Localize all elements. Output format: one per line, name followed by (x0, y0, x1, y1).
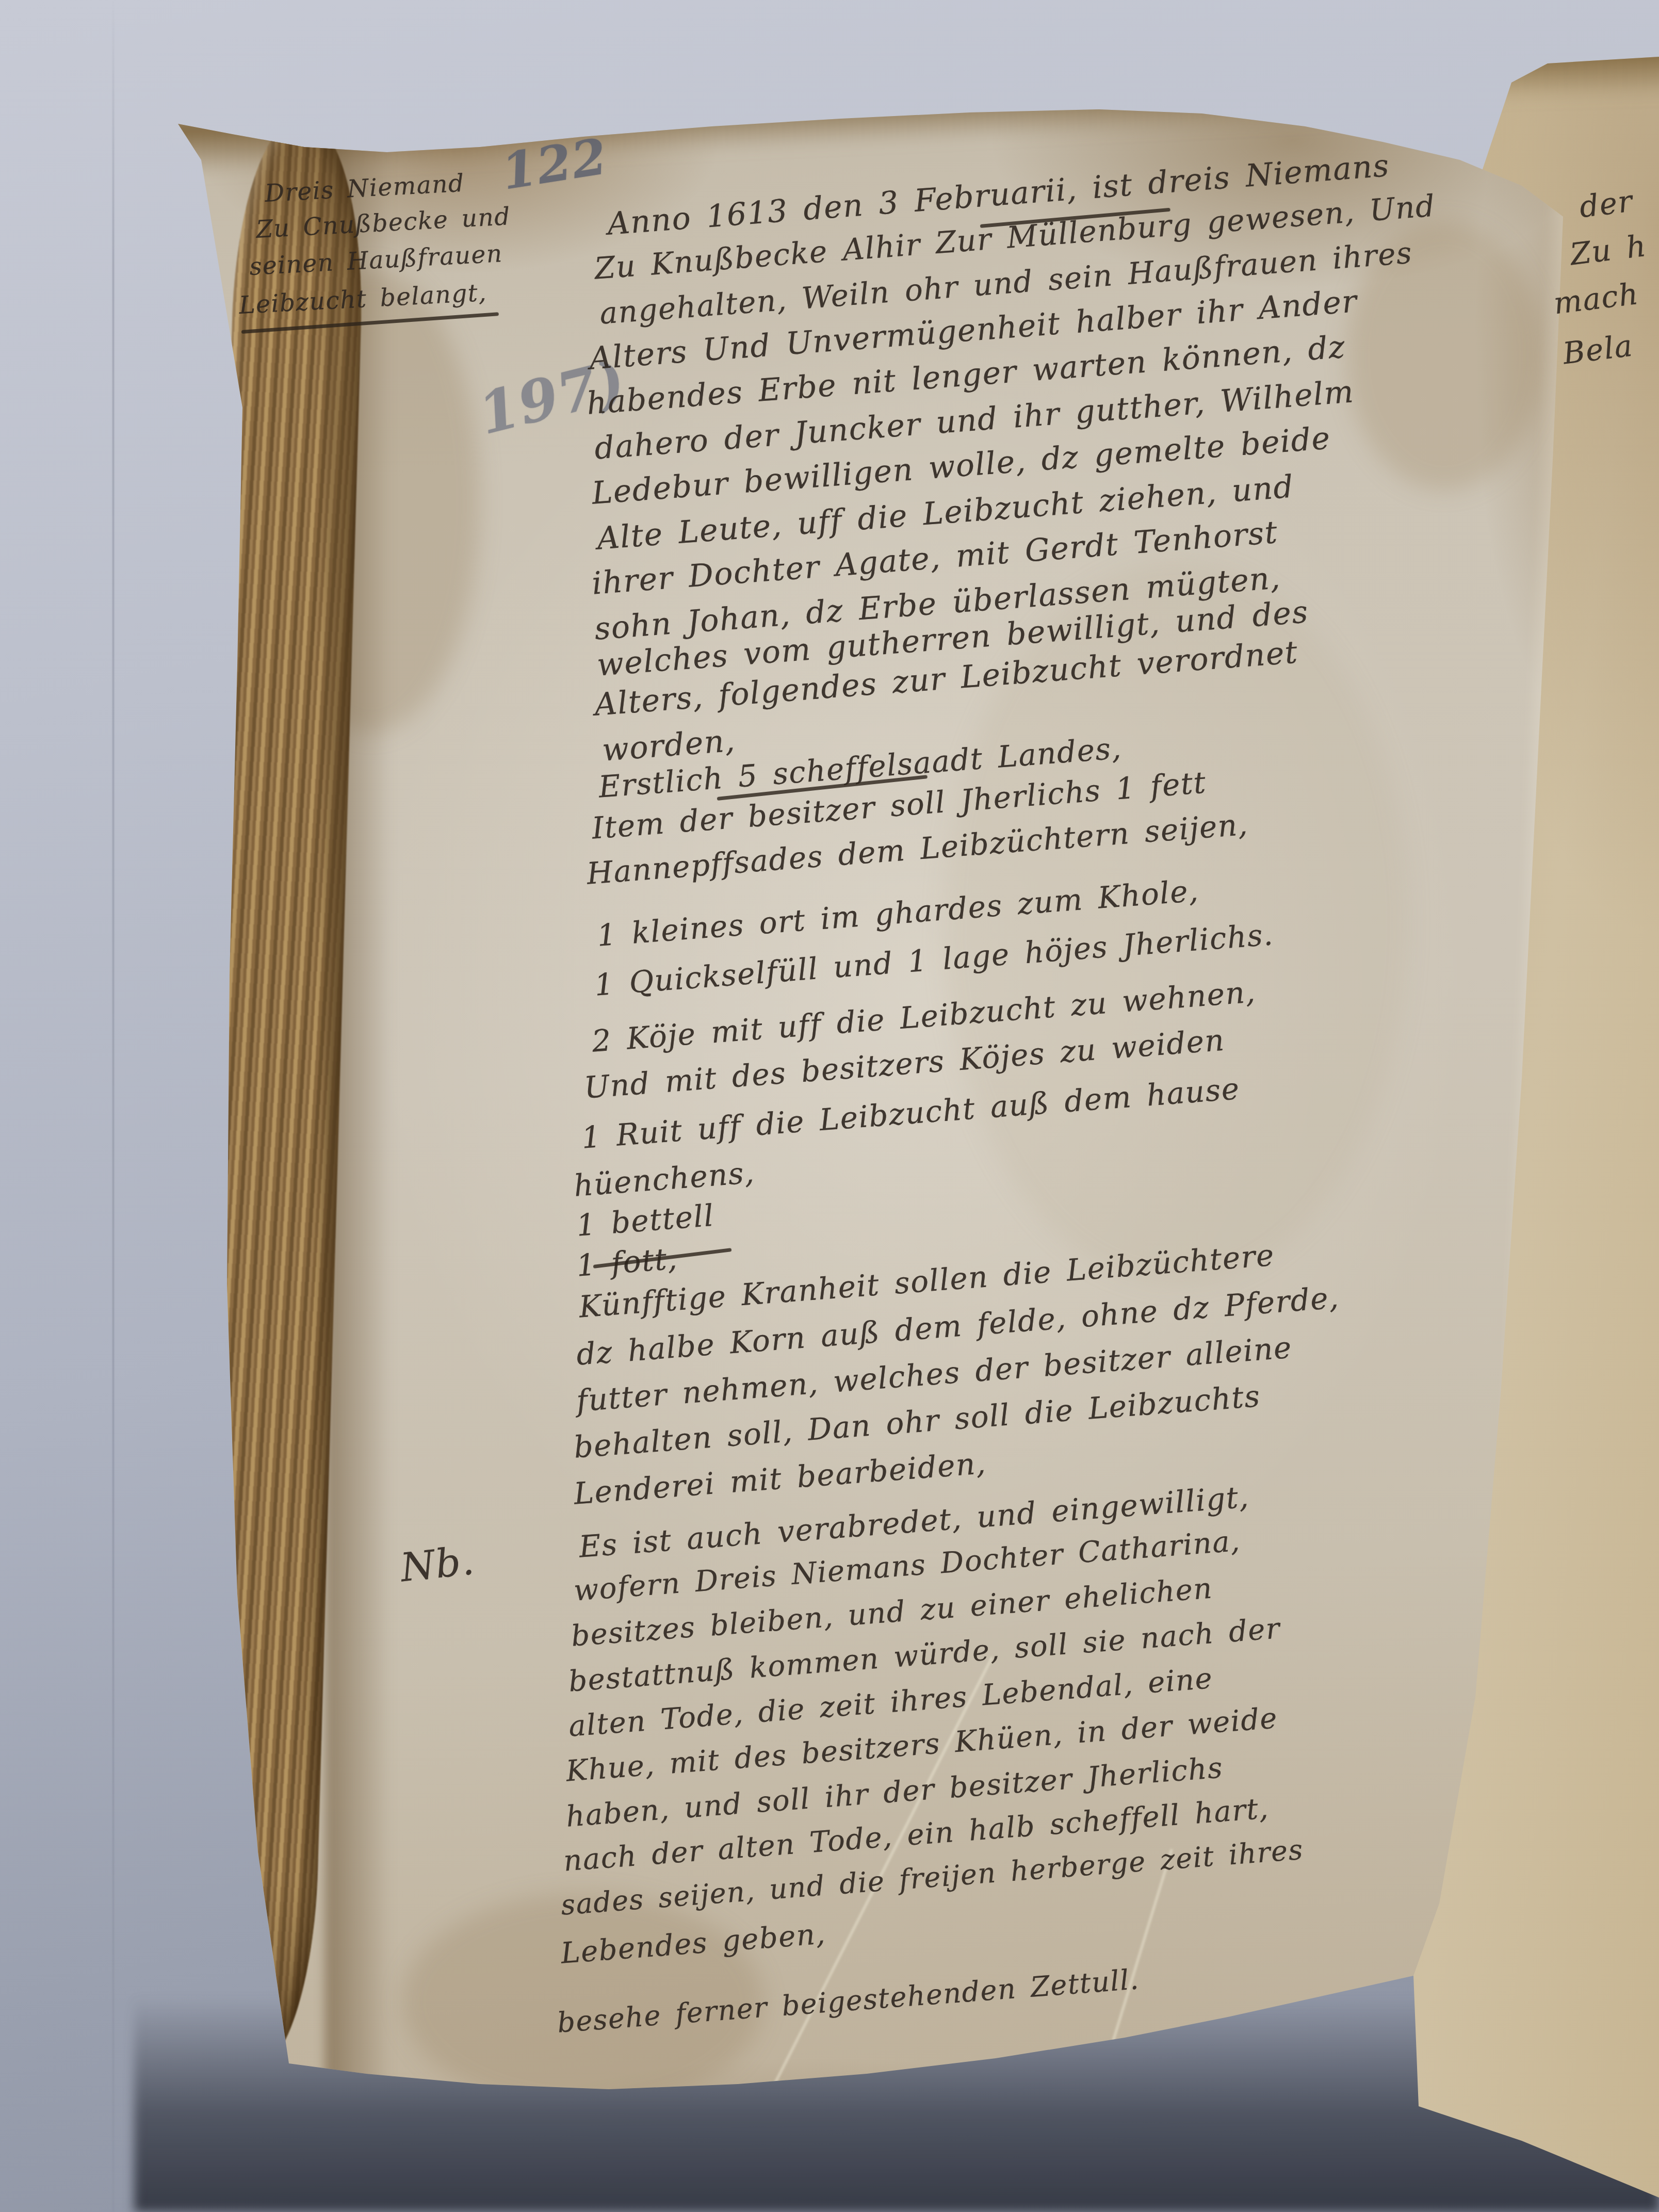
margin-note-line: Zu Cnußbecke und (255, 202, 511, 244)
next-page-text-fragment: Zu h (1568, 228, 1649, 272)
margin-note-line: Leibzucht belangt, (238, 279, 487, 320)
next-page-text-fragment: der (1577, 183, 1635, 224)
text-line: Lebendes geben, (560, 1917, 827, 1970)
manuscript-photo: { "colors": { "backdrop": "#b3b7c4", "ba… (0, 0, 1659, 2212)
margin-note-line: seinen Haußfrauen (249, 239, 503, 281)
next-page-text-fragment: Bela (1561, 328, 1635, 371)
text-line: 1 bettell (575, 1198, 715, 1243)
handwriting-layer: 122 197) Nb. Dreis NiemandZu Cnußbecke u… (0, 0, 1659, 2212)
text-line: hüenchens, (573, 1155, 756, 1203)
next-page-text-fragment: mach (1552, 276, 1640, 321)
text-line: besehe ferner beigestehenden Zettull. (556, 1963, 1141, 2039)
nota-bene-mark: Nb. (398, 1537, 477, 1591)
pencil-folio-number: 122 (498, 127, 611, 201)
margin-note-line: Dreis Niemand (264, 169, 465, 208)
